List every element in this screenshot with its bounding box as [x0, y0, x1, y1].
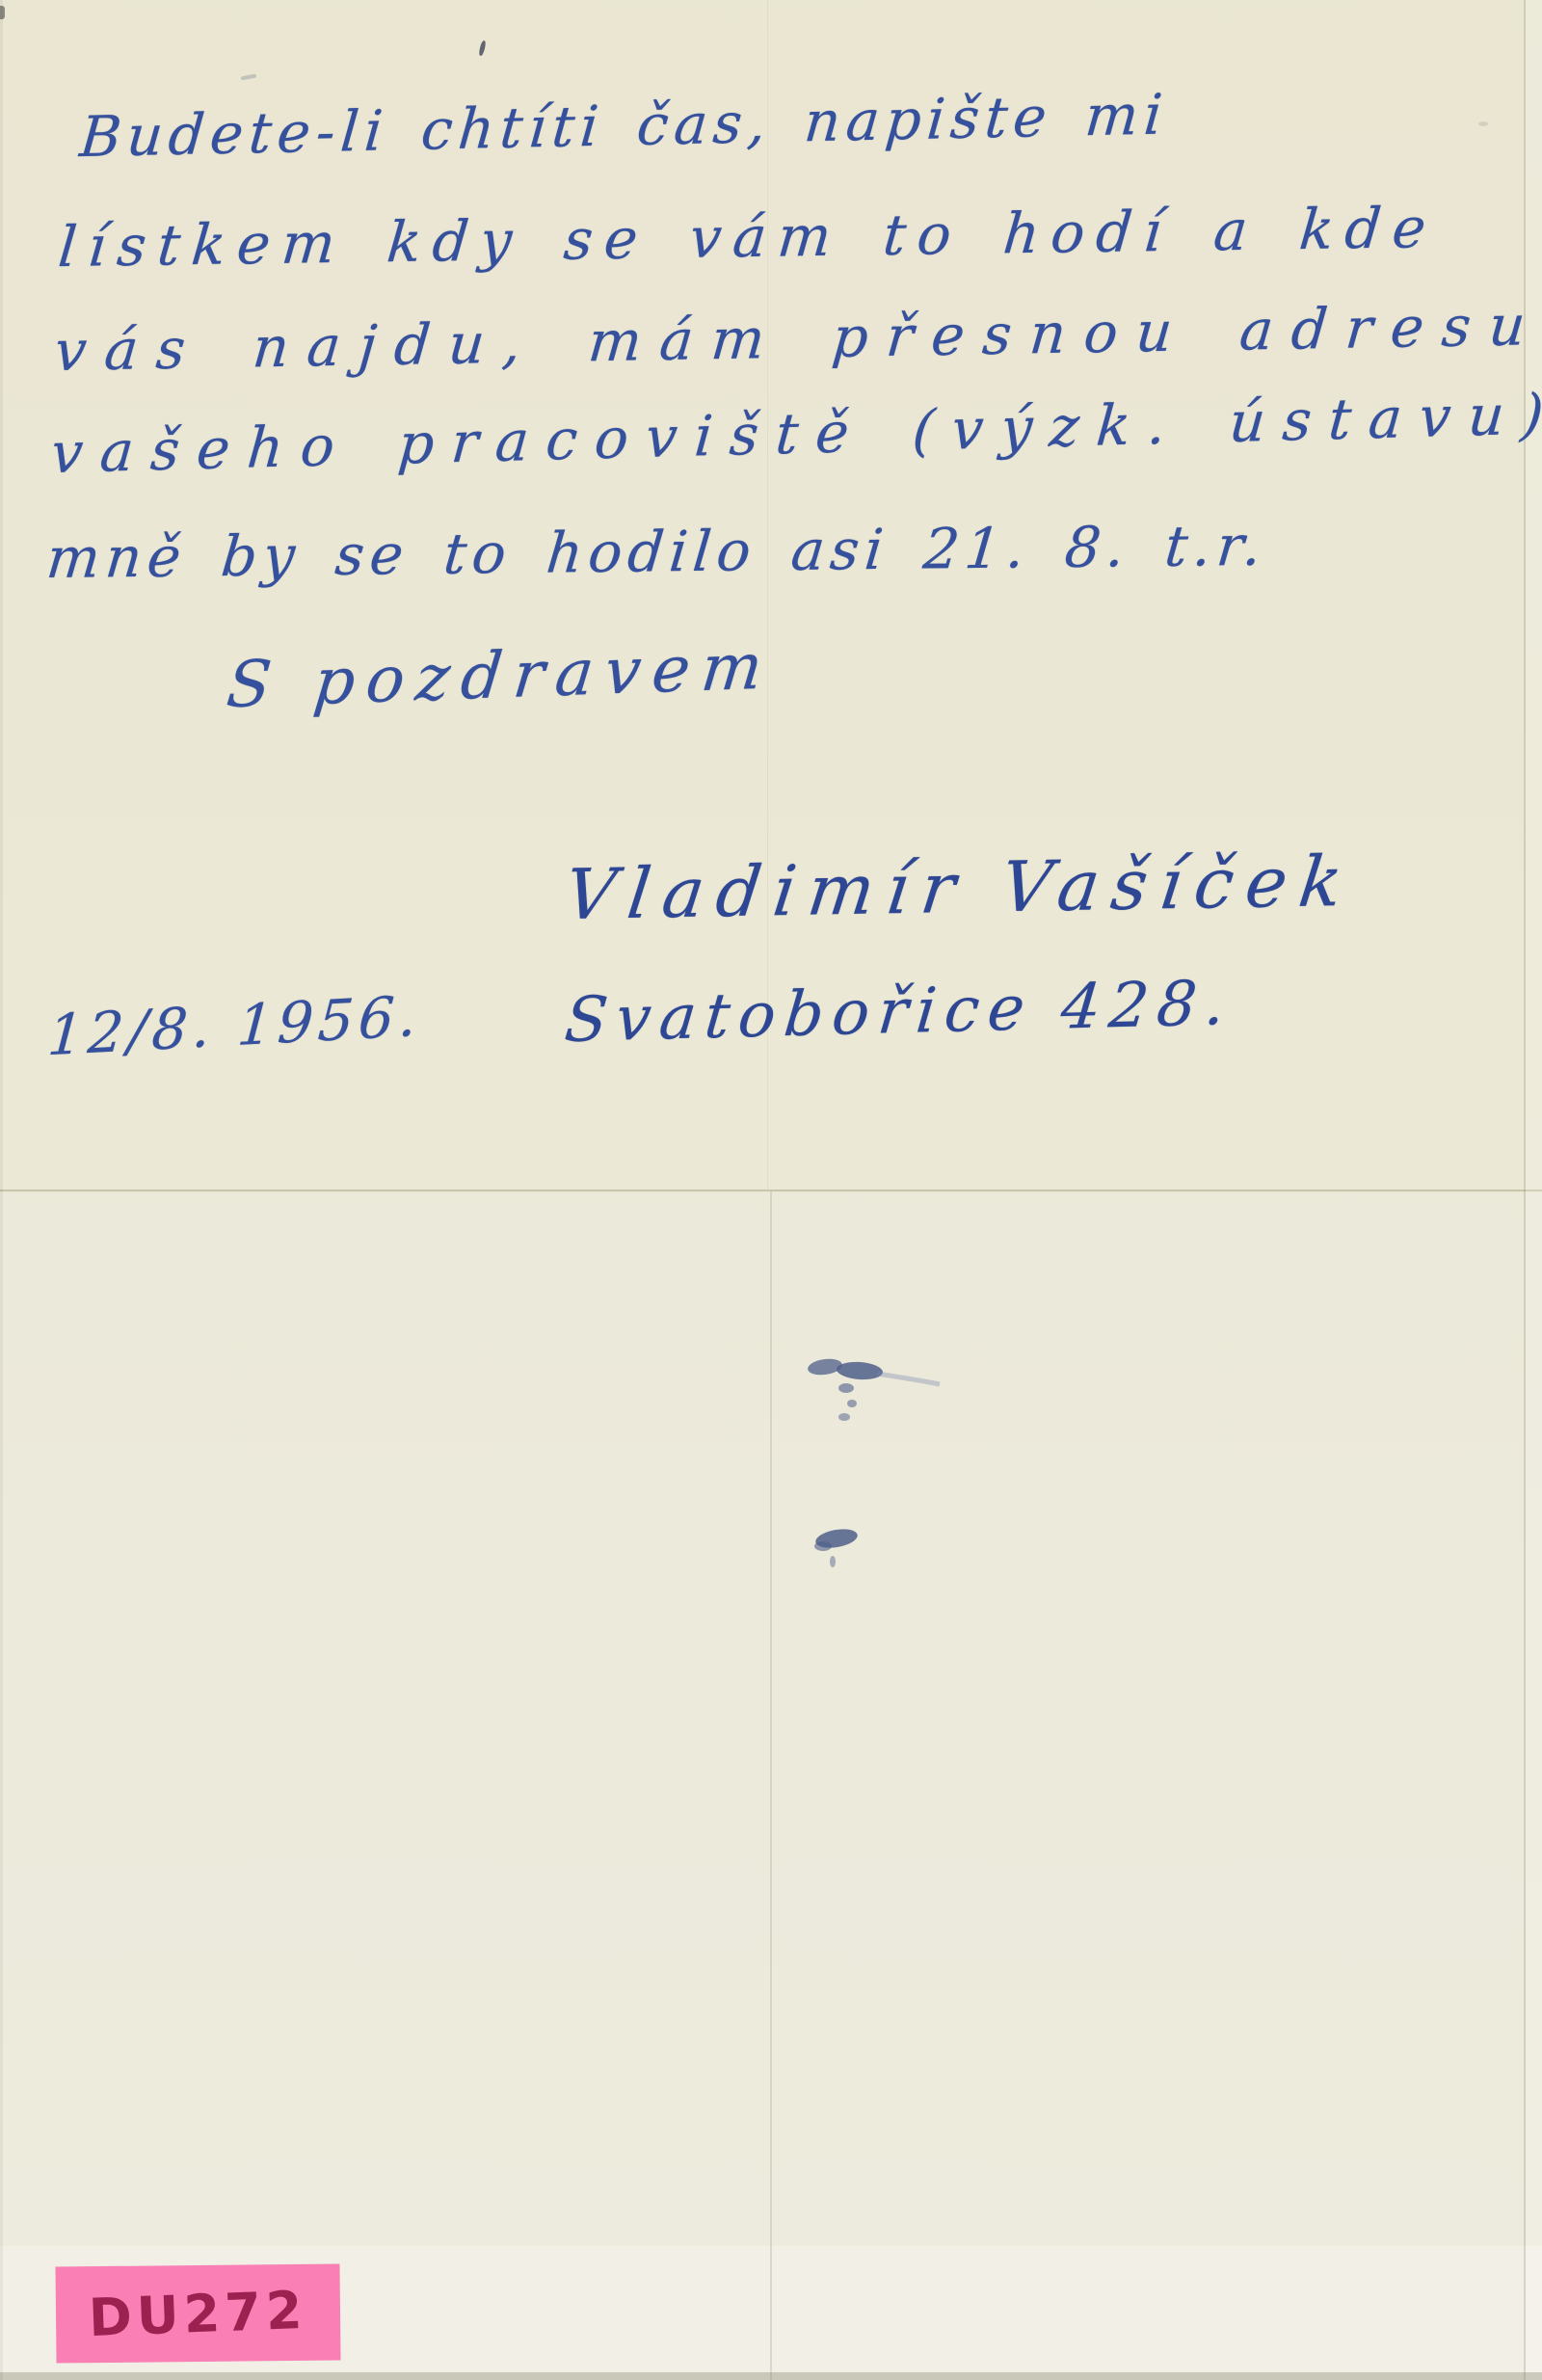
letter-scan-page: Budete-li chtíti čas, napište mi lístkem… [0, 0, 1542, 2380]
left-page-edge-shade [0, 0, 3, 2380]
signature: Vladimír Vašíček [561, 841, 1360, 935]
inventory-label: DU272 [55, 2263, 340, 2363]
paper-speck [1478, 121, 1488, 126]
inventory-code: DU272 [88, 2279, 308, 2347]
ink-smudges [732, 1282, 1041, 1591]
scan-corner-speck [0, 6, 5, 19]
bottom-page-edge-shadow [0, 2372, 1542, 2380]
letter-line-5: mně by se to hodilo asi 21. 8. t.r. [44, 513, 1270, 591]
